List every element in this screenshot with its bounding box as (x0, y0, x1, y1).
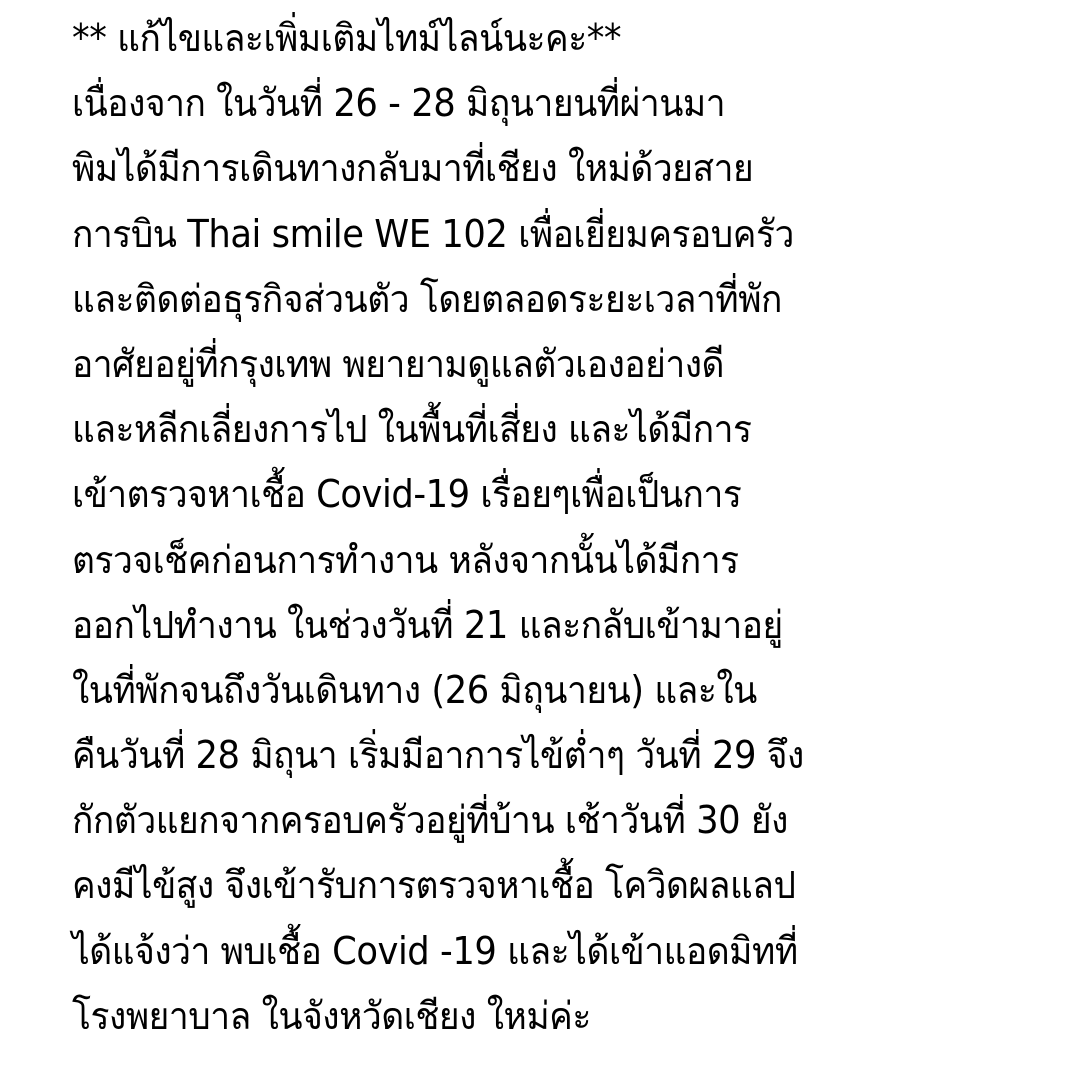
text-line: ตรวจเช็คก่อนการทำงาน หลังจากนั้นได้มีการ (72, 528, 1002, 593)
text-line: ได้แจ้งว่า พบเชื้อ Covid -19 และได้เข้าแ… (72, 919, 1002, 984)
text-line: กักตัวแยกจากครอบครัวอยู่ที่บ้าน เช้าวันท… (72, 788, 1002, 853)
text-line-heading: ** แก้ไขและเพิ่มเติมไทม์ไลน์นะคะ** (72, 6, 1002, 71)
text-line: เข้าตรวจหาเชื้อ Covid-19 เรื่อยๆเพื่อเป็… (72, 462, 1002, 527)
text-line: และหลีกเลี่ยงการไป ในพื้นที่เสี่ยง และได… (72, 397, 1002, 462)
text-line: คืนวันที่ 28 มิถุนา เริ่มมีอาการไข้ต่ำๆ … (72, 723, 1002, 788)
text-line: และติดต่อธุรกิจส่วนตัว โดยตลอดระยะเวลาที… (72, 267, 1002, 332)
announcement-text: ** แก้ไขและเพิ่มเติมไทม์ไลน์นะคะ** เนื่อ… (72, 6, 1002, 1049)
text-line: พิมได้มีการเดินทางกลับมาที่เชียง ใหม่ด้ว… (72, 136, 1002, 201)
text-line: ออกไปทำงาน ในช่วงวันที่ 21 และกลับเข้ามา… (72, 593, 1002, 658)
text-line: เนื่องจาก ในวันที่ 26 - 28 มิถุนายนที่ผ่… (72, 71, 1002, 136)
text-line: การบิน Thai smile WE 102 เพื่อเยี่ยมครอบ… (72, 202, 1002, 267)
text-line: ในที่พักจนถึงวันเดินทาง (26 มิถุนายน) แล… (72, 658, 1002, 723)
text-line: อาศัยอยู่ที่กรุงเทพ พยายามดูแลตัวเองอย่า… (72, 332, 1002, 397)
text-line: คงมีไข้สูง จึงเข้ารับการตรวจหาเชื้อ โควิ… (72, 853, 1002, 918)
text-line: โรงพยาบาล ในจังหวัดเชียง ใหม่ค่ะ (72, 984, 1002, 1049)
